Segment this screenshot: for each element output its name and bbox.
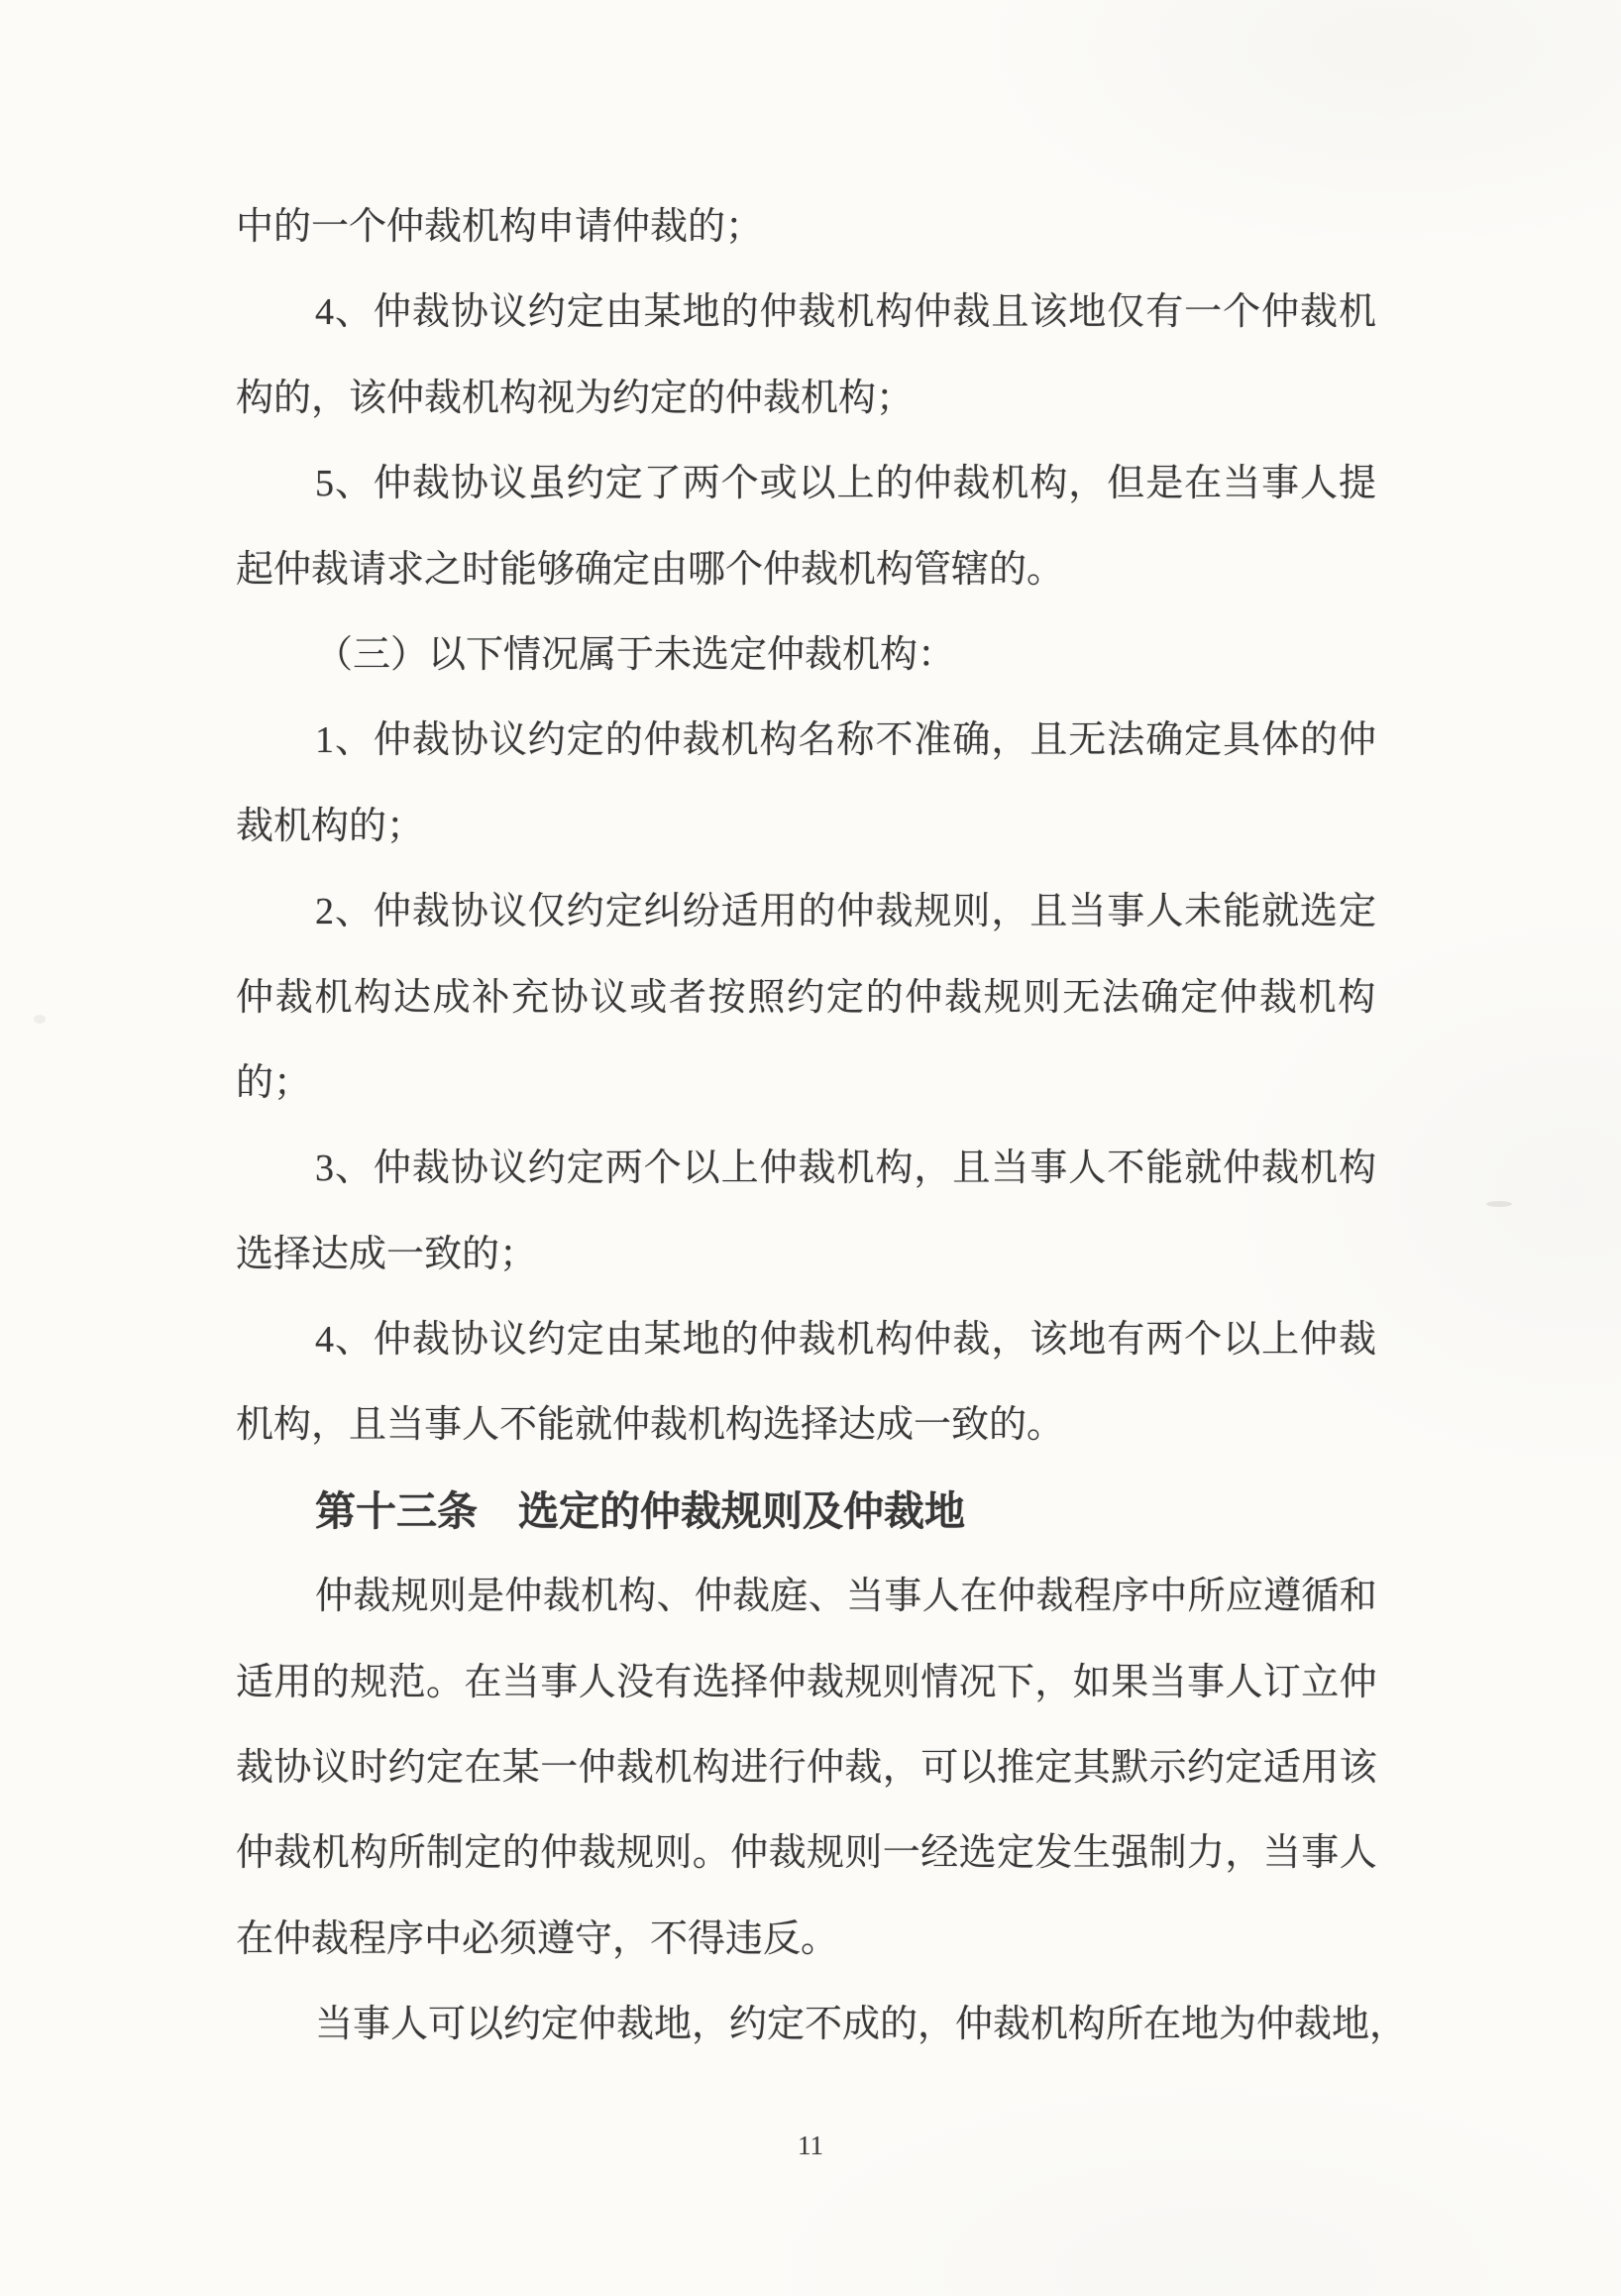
line-text: 机构，且当事人不能就仲裁机构选择达成一致的。	[236, 1404, 1064, 1446]
body-text-line: 选择达成一致的；	[236, 1212, 1377, 1297]
line-text: 3、仲裁协议约定两个以上仲裁机构，且当事人不能就仲裁机构	[315, 1148, 1377, 1189]
line-text: 裁机构的；	[236, 806, 424, 847]
body-text-line: 5、仲裁协议虽约定了两个或以上的仲裁机构，但是在当事人提	[236, 441, 1377, 526]
body-text-line: 在仲裁程序中必须遵守，不得违反。	[236, 1897, 1377, 1982]
body-text-line: （三）以下情况属于未选定仲裁机构：	[236, 612, 1377, 698]
line-text: 1、仲裁协议约定的仲裁机构名称不准确，且无法确定具体的仲	[315, 719, 1377, 761]
line-text: 中的一个仲裁机构申请仲裁的；	[236, 206, 763, 248]
scanned-document-page: 中的一个仲裁机构申请仲裁的；4、仲裁协议约定由某地的仲裁机构仲裁且该地仅有一个仲…	[0, 0, 1621, 2296]
body-text-line: 2、仲裁协议仅约定纠纷适用的仲裁规则，且当事人未能就选定	[236, 869, 1377, 954]
scan-speck	[1486, 1201, 1512, 1207]
body-text-line: 机构，且当事人不能就仲裁机构选择达成一致的。	[236, 1382, 1377, 1468]
body-text-line: 裁机构的；	[236, 784, 1377, 869]
line-text: 构的，该仲裁机构视为约定的仲裁机构；	[236, 378, 914, 419]
line-text: 第十三条 选定的仲裁规则及仲裁地	[315, 1488, 965, 1534]
line-text: 当事人可以约定仲裁地，约定不成的，仲裁机构所在地为仲裁地，	[315, 2004, 1407, 2045]
body-text-line: 1、仲裁协议约定的仲裁机构名称不准确，且无法确定具体的仲	[236, 698, 1377, 783]
line-text: 的；	[236, 1062, 311, 1104]
line-text: 裁协议时约定在某一仲裁机构进行仲裁，可以推定其默示约定适用该	[236, 1747, 1377, 1789]
section-heading-line: 第十三条 选定的仲裁规则及仲裁地	[236, 1469, 1377, 1554]
line-text: （三）以下情况属于未选定仲裁机构：	[315, 634, 955, 676]
line-text: 2、仲裁协议仅约定纠纷适用的仲裁规则，且当事人未能就选定	[315, 891, 1377, 932]
line-text: 在仲裁程序中必须遵守，不得违反。	[236, 1918, 838, 1960]
page-number: 11	[0, 2129, 1621, 2162]
body-text-line: 中的一个仲裁机构申请仲裁的；	[236, 184, 1377, 270]
line-text: 仲裁机构达成补充协议或者按照约定的仲裁规则无法确定仲裁机构	[236, 977, 1377, 1019]
body-text-line: 当事人可以约定仲裁地，约定不成的，仲裁机构所在地为仲裁地，	[236, 1982, 1377, 2067]
body-text-line: 的；	[236, 1040, 1377, 1126]
body-text-line: 仲裁机构达成补充协议或者按照约定的仲裁规则无法确定仲裁机构	[236, 955, 1377, 1040]
body-text-line: 起仲裁请求之时能够确定由哪个仲裁机构管辖的。	[236, 527, 1377, 612]
body-text-line: 裁协议时约定在某一仲裁机构进行仲裁，可以推定其默示约定适用该	[236, 1725, 1377, 1810]
scan-speck	[34, 1015, 46, 1024]
line-text: 4、仲裁协议约定由某地的仲裁机构仲裁，该地有两个以上仲裁	[315, 1319, 1377, 1361]
document-text-block: 中的一个仲裁机构申请仲裁的；4、仲裁协议约定由某地的仲裁机构仲裁且该地仅有一个仲…	[236, 184, 1377, 2068]
body-text-line: 仲裁规则是仲裁机构、仲裁庭、当事人在仲裁程序中所应遵循和	[236, 1554, 1377, 1639]
body-text-line: 4、仲裁协议约定由某地的仲裁机构仲裁，该地有两个以上仲裁	[236, 1297, 1377, 1382]
line-text: 起仲裁请求之时能够确定由哪个仲裁机构管辖的。	[236, 549, 1064, 591]
body-text-line: 4、仲裁协议约定由某地的仲裁机构仲裁且该地仅有一个仲裁机	[236, 270, 1377, 355]
line-text: 仲裁规则是仲裁机构、仲裁庭、当事人在仲裁程序中所应遵循和	[315, 1576, 1377, 1617]
body-text-line: 适用的规范。在当事人没有选择仲裁规则情况下，如果当事人订立仲	[236, 1640, 1377, 1725]
body-text-line: 构的，该仲裁机构视为约定的仲裁机构；	[236, 356, 1377, 441]
line-text: 5、仲裁协议虽约定了两个或以上的仲裁机构，但是在当事人提	[315, 463, 1377, 504]
line-text: 选择达成一致的；	[236, 1234, 537, 1275]
body-text-line: 仲裁机构所制定的仲裁规则。仲裁规则一经选定发生强制力，当事人	[236, 1810, 1377, 1896]
line-text: 仲裁机构所制定的仲裁规则。仲裁规则一经选定发生强制力，当事人	[236, 1832, 1377, 1874]
body-text-line: 3、仲裁协议约定两个以上仲裁机构，且当事人不能就仲裁机构	[236, 1126, 1377, 1211]
line-text: 适用的规范。在当事人没有选择仲裁规则情况下，如果当事人订立仲	[236, 1662, 1377, 1703]
line-text: 4、仲裁协议约定由某地的仲裁机构仲裁且该地仅有一个仲裁机	[315, 291, 1377, 333]
